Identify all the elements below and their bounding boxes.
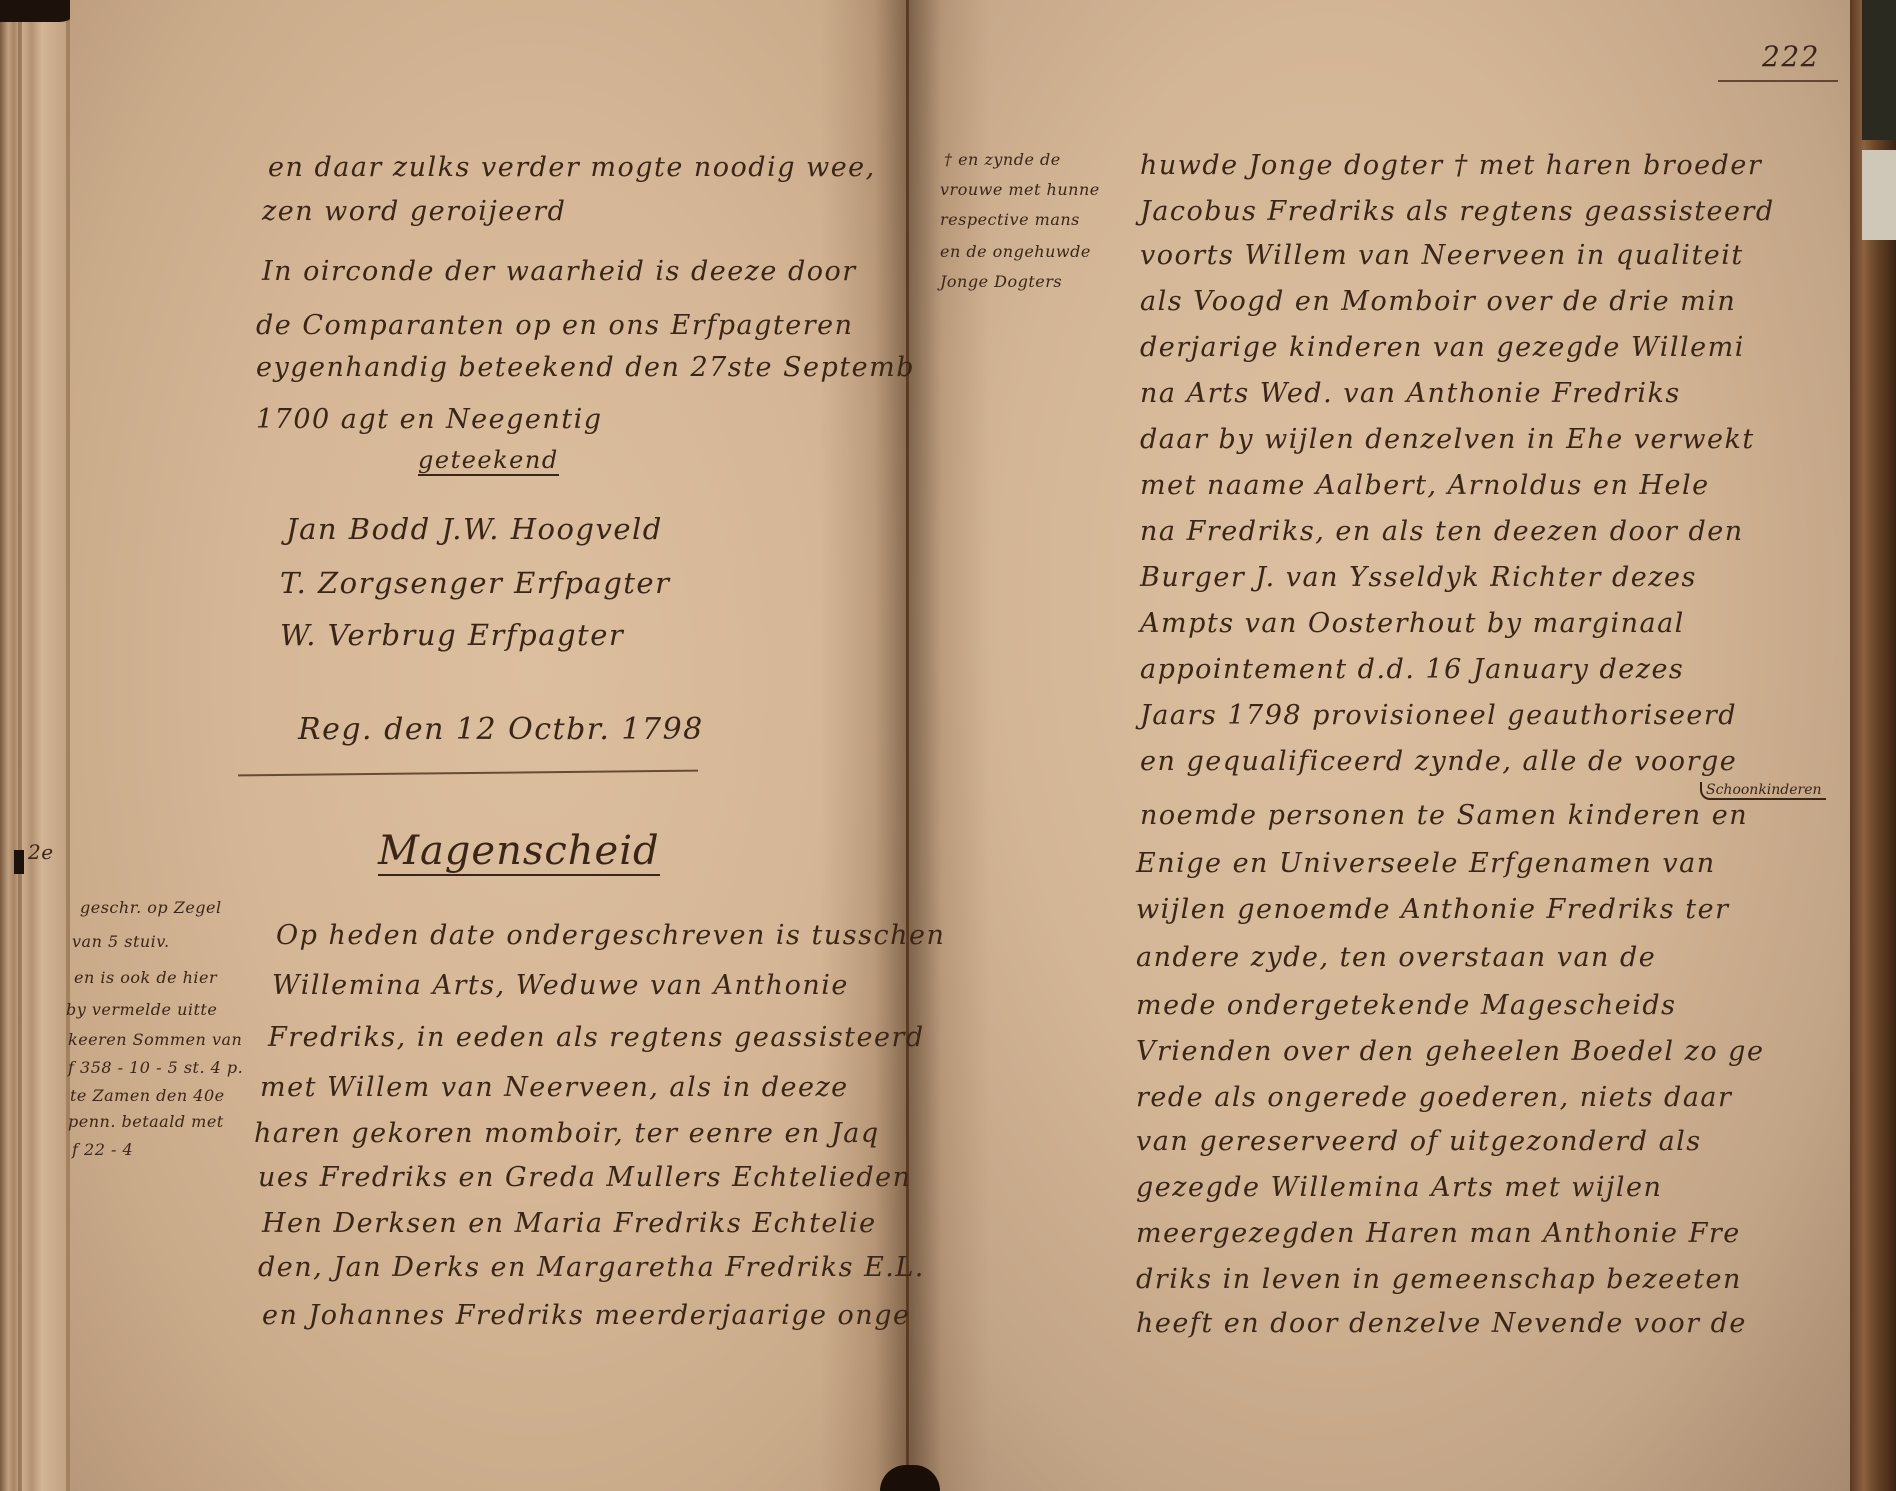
left-page-edges: [0, 0, 70, 1491]
margin-note-8: penn. betaald met: [68, 1112, 224, 1131]
registration-date: Reg. den 12 Octbr. 1798: [298, 712, 704, 747]
left-line-2: zen word geroijeerd: [262, 196, 566, 227]
right-line-12: appointement d.d. 16 January dezes: [1140, 654, 1684, 685]
right-line-15: noemde personen te Samen kinderen en: [1140, 800, 1748, 831]
left-line-6: 1700 agt en Neegentig: [256, 404, 603, 435]
right-line-20: Vrienden over den geheelen Boedel zo ge: [1136, 1036, 1764, 1067]
right-line-2: Jacobus Fredriks als regtens geassisteer…: [1140, 196, 1775, 227]
body-line-4: met Willem van Neerveen, als in deeze: [260, 1072, 849, 1103]
right-line-22: van gereserveerd of uitgezonderd als: [1136, 1126, 1702, 1157]
right-line-1: huwde Jonge dogter † met haren broeder: [1140, 150, 1762, 181]
right-line-7: daar by wijlen denzelven in Ehe verwekt: [1140, 424, 1755, 455]
margin-note-7: te Zamen den 40e: [70, 1086, 225, 1105]
right-line-8: met naame Aalbert, Arnoldus en Hele: [1140, 470, 1710, 501]
margin-note-1: geschr. op Zegel: [80, 898, 222, 917]
right-line-14: en gequalificeerd zynde, alle de voorge: [1140, 746, 1737, 777]
signature-1: Jan Bodd J.W. Hoogveld: [286, 512, 663, 546]
right-line-10: Burger J. van Ysseldyk Richter dezes: [1140, 562, 1697, 593]
right-line-6: na Arts Wed. van Anthonie Fredriks: [1140, 378, 1681, 409]
right-line-16: Enige en Universeele Erfgenamen van: [1136, 848, 1716, 879]
signed-label: geteekend: [418, 446, 559, 476]
right-line-13: Jaars 1798 provisioneel geauthoriseerd: [1140, 700, 1737, 731]
body-line-1: Op heden date ondergeschreven is tussche…: [276, 920, 945, 951]
right-line-24: meergezegden Haren man Anthonie Fre: [1136, 1218, 1741, 1249]
section-heading: Magenscheid: [378, 828, 660, 876]
ink-mark: [14, 850, 24, 874]
background-right-mid: [1862, 150, 1896, 240]
right-line-11: Ampts van Oosterhout by marginaal: [1140, 608, 1685, 639]
margin-note-2: van 5 stuiv.: [72, 932, 170, 951]
body-line-8: den, Jan Derks en Margaretha Fredriks E.…: [258, 1252, 925, 1283]
right-margin-note-3: respective mans: [940, 210, 1080, 229]
right-line-19: mede ondergetekende Magescheids: [1136, 990, 1677, 1021]
page-number: 222: [1762, 40, 1820, 73]
right-line-17: wijlen genoemde Anthonie Fredriks ter: [1136, 894, 1729, 925]
right-margin-note-4: en de ongehuwde: [940, 242, 1091, 261]
right-line-4: als Voogd en Momboir over de drie min: [1140, 286, 1736, 317]
right-margin-note-2: vrouwe met hunne: [940, 180, 1100, 199]
right-line-9: na Fredriks, en als ten deezen door den: [1140, 516, 1744, 547]
right-margin-note-1: † en zynde de: [944, 150, 1061, 169]
body-line-7: Hen Derksen en Maria Fredriks Echtelie: [262, 1208, 877, 1239]
right-margin-note-5: Jonge Dogters: [940, 272, 1062, 291]
left-line-5: eygenhandig beteekend den 27ste Septemb: [256, 352, 915, 383]
left-line-4: de Comparanten op en ons Erfpagteren: [256, 310, 853, 341]
body-line-2: Willemina Arts, Weduwe van Anthonie: [272, 970, 849, 1001]
right-line-21: rede als ongerede goederen, niets daar: [1136, 1082, 1732, 1113]
background-right-top: [1862, 0, 1896, 140]
body-line-5: haren gekoren momboir, ter eenre en Jaq: [254, 1118, 880, 1149]
right-line-18: andere zyde, ten overstaan van de: [1136, 942, 1656, 973]
signature-2: T. Zorgsenger Erfpagter: [280, 566, 670, 600]
margin-note-3: en is ook de hier: [74, 968, 217, 987]
page-number-rule: [1718, 80, 1838, 82]
background-corner: [0, 0, 80, 22]
insertion-above-line: Schoonkinderen: [1700, 782, 1826, 800]
margin-note-9: f 22 - 4: [72, 1140, 133, 1159]
right-line-5: derjarige kinderen van gezegde Willemi: [1140, 332, 1745, 363]
right-line-25: driks in leven in gemeenschap bezeeten: [1136, 1264, 1742, 1295]
margin-mark: 2e: [28, 840, 54, 864]
left-line-3: In oirconde der waarheid is deeze door: [262, 256, 857, 287]
signature-3: W. Verbrug Erfpagter: [280, 618, 624, 652]
right-line-26: heeft en door denzelve Nevende voor de: [1136, 1308, 1747, 1339]
body-line-6: ues Fredriks en Greda Mullers Echteliede…: [258, 1162, 912, 1193]
right-line-23: gezegde Willemina Arts met wijlen: [1136, 1172, 1662, 1203]
margin-note-5: keeren Sommen van: [68, 1030, 242, 1049]
left-line-1: en daar zulks verder mogte noodig wee,: [268, 152, 876, 183]
body-line-3: Fredriks, in eeden als regtens geassiste…: [268, 1022, 925, 1053]
right-line-3: voorts Willem van Neerveen in qualiteit: [1140, 240, 1744, 271]
margin-note-4: by vermelde uitte: [66, 1000, 217, 1019]
margin-note-6: f 358 - 10 - 5 st. 4 p.: [68, 1058, 243, 1077]
body-line-9: en Johannes Fredriks meerderjaarige onge: [262, 1300, 910, 1331]
